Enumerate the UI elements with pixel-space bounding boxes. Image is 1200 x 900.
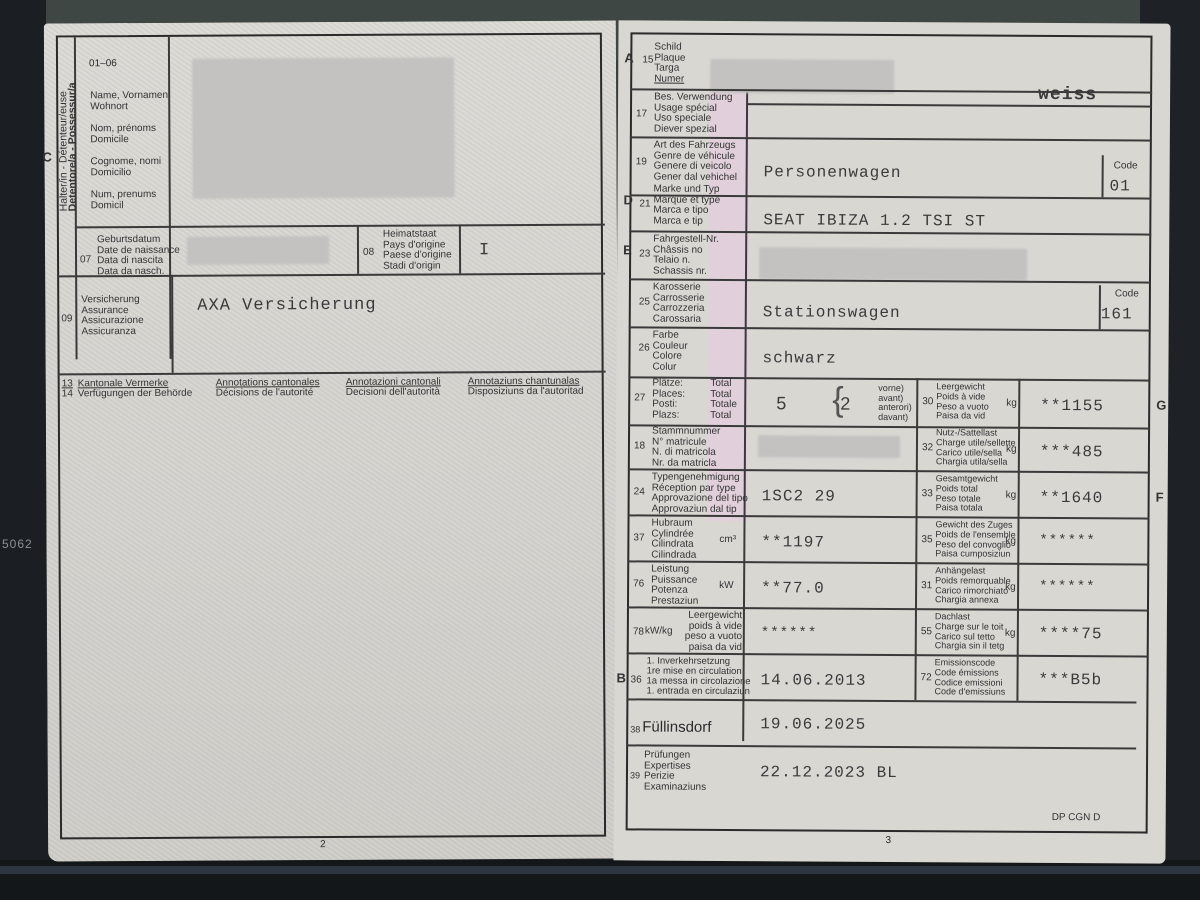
field-09-number: 09 [61, 313, 72, 324]
chassis-redacted [759, 247, 1027, 281]
field-24-labels: Typengenehmigung Réception par type Appr… [652, 473, 748, 516]
side-letter-a: A [624, 50, 633, 65]
issue-date-value: 19.06.2025 [760, 715, 866, 734]
field-26-labels: Farbe Couleur Colore Colur [652, 331, 687, 373]
towing-weight-value: ****** [1039, 579, 1096, 595]
field-27-labels: Plätze: Places: Posti: Plazs: [652, 379, 685, 421]
field-08-value: I [479, 241, 490, 260]
side-letter-d: D [623, 192, 632, 207]
displacement-value: **1197 [761, 533, 825, 551]
first-registration-value: 14.06.2013 [760, 671, 866, 690]
field-21-number: 21 [639, 198, 650, 209]
field-36-labels: 1. Inverkehrsetzung 1re mise en circulat… [646, 657, 750, 698]
holder-name-redacted [192, 57, 455, 198]
seats-front-value: 2 [840, 394, 851, 415]
field-55-labels: Dachlast Charge sur le toit Carico sul t… [935, 612, 1005, 652]
field-27-number: 27 [634, 392, 645, 403]
field-35-unit: kg [1005, 537, 1016, 548]
field-21-labels: Marke und Typ Marque et type Marca e tip… [653, 185, 720, 227]
power-weight-value: ****** [761, 625, 818, 641]
field-32-labels: Nutz-/Sattellast Charge utile/sellette C… [936, 428, 1016, 468]
field-39-number: 39 [630, 770, 640, 780]
decisions-it: Decisioni dell'autorità [346, 387, 440, 398]
power-value: **77.0 [761, 579, 825, 597]
roof-load-value: ****75 [1039, 625, 1103, 643]
field-01-06-number: 01–06 [89, 59, 117, 70]
body-type-code-label: Code [1115, 289, 1139, 300]
total-weight-value: **1640 [1040, 489, 1104, 507]
registration-right-page: A 15 Schild Plaque Targa Numer weiss 17 … [613, 20, 1170, 863]
background-bottom-edge [0, 866, 1200, 874]
field-32-number: 32 [922, 442, 933, 453]
field-27-front-labels: vorne) avant) anterori) davant) [878, 384, 912, 422]
field-55-unit: kg [1005, 629, 1016, 640]
field-18-labels: Stammnummer N° matricule N. di matricola… [652, 427, 721, 469]
field-19-number: 19 [636, 156, 647, 167]
decisions-de: Verfügungen der Behörde [78, 389, 193, 400]
field-27-sublabels: Total Total Totale Total [710, 379, 737, 421]
color-value: schwarz [762, 349, 836, 367]
field-35-number: 35 [921, 534, 932, 545]
background-left [0, 0, 46, 900]
field-01-06-labels: Name, Vornamen Wohnort Nom, prénoms Domi… [90, 91, 168, 211]
field-37-labels: Hubraum Cylindrée Cilindrata Cilindrada [651, 519, 696, 561]
field-78-labels: Leergewicht poids à vide peso a vuoto pa… [685, 611, 743, 653]
seats-total-value: 5 [776, 393, 787, 414]
page-number-right: 3 [886, 836, 892, 847]
side-letter-c: C [42, 149, 51, 164]
field-09-labels: Versicherung Assurance Assicurazione Ass… [81, 295, 143, 337]
field-07-number: 07 [80, 254, 91, 265]
field-76-number: 76 [633, 578, 644, 589]
field-08-labels: Heimatstaat Pays d'origine Paese d'origi… [383, 229, 452, 271]
field-37-unit: cm³ [719, 535, 736, 546]
field-25-number: 25 [639, 296, 650, 307]
field-35-labels: Gewicht des Zuges Poids de l'ensemble Pe… [935, 520, 1016, 560]
field-17-number: 17 [636, 108, 647, 119]
side-letter-f: F [1156, 490, 1164, 505]
field-07-labels: Geburtsdatum Date de naissance Data di n… [97, 235, 180, 277]
footer-code: DP CGN D [1052, 813, 1101, 824]
field-23-labels: Fahrgestell-Nr. Châssis no Telaio n. Sch… [653, 235, 719, 277]
field-37-number: 37 [633, 532, 644, 543]
field-18-number: 18 [634, 440, 645, 451]
field-78-prefix: kW/kg [645, 626, 673, 637]
page-number-left: 2 [320, 840, 326, 851]
field-08-number: 08 [363, 247, 374, 258]
registration-left-page: C Halter/in - Détenteur/euse Detentore/a… [44, 21, 620, 862]
insurance-value: AXA Versicherung [197, 296, 376, 316]
field-24-number: 24 [634, 486, 645, 497]
body-type-code: 161 [1101, 305, 1133, 323]
side-letter-g: G [1156, 398, 1166, 413]
field-76-labels: Leistung Puissance Potenza Prestaziun [651, 565, 699, 607]
issuing-place: Füllinsdorf [642, 718, 711, 735]
background-mark: 5062 [2, 537, 33, 551]
field-36-number: 36 [631, 674, 642, 685]
field-72-number: 72 [921, 672, 932, 683]
field-19-labels: Art des Fahrzeugs Genre de véhicule Gene… [654, 141, 738, 184]
field-33-labels: Gesamtgewicht Poids total Peso totale Pa… [936, 474, 998, 514]
decisions-fr: Décisions de l'autorité [216, 388, 314, 399]
field-14-number: 14 [62, 389, 73, 400]
body-type-value: Stationswagen [763, 303, 901, 322]
side-letter-e: E [623, 242, 632, 257]
vehicle-type-code-label: Code [1114, 161, 1138, 172]
field-55-number: 55 [921, 626, 932, 637]
field-15-labels: Schild Plaque Targa Numer [654, 43, 685, 85]
field-39-labels: Prüfungen Expertises Perizie Examinaziun… [644, 750, 707, 792]
field-31-number: 31 [921, 580, 932, 591]
field-33-number: 33 [922, 488, 933, 499]
holder-label-2: Detentore/a - Possessur/a [67, 82, 79, 211]
type-approval-value: 1SC2 29 [762, 487, 836, 505]
train-weight-value: ****** [1039, 533, 1096, 549]
field-30-labels: Leergewicht Poids à vide Peso a vuoto Pa… [936, 382, 989, 422]
vehicle-type-code: 01 [1110, 177, 1131, 195]
field-38-number: 38 [630, 724, 640, 734]
vehicle-type-value: Personenwagen [764, 163, 902, 182]
field-17-labels: Bes. Verwendung Usage spécial Uso specia… [654, 93, 733, 135]
payload-value: ***485 [1040, 443, 1104, 461]
field-33-unit: kg [1006, 491, 1017, 502]
field-78-number: 78 [633, 626, 644, 637]
emission-code-value: ***B5b [1038, 671, 1102, 689]
field-25-labels: Karosserie Carrosserie Carrozzeria Caros… [653, 283, 705, 325]
field-76-unit: kW [719, 581, 734, 592]
make-model-value: SEAT IBIZA 1.2 TSI ST [763, 211, 986, 230]
inspection-value: 22.12.2023 BL [760, 763, 898, 782]
decisions-rm: Disposiziuns da l'autoritad [468, 387, 584, 398]
birthdate-redacted [187, 236, 329, 265]
field-32-unit: kg [1006, 445, 1017, 456]
field-15-number: 15 [642, 54, 653, 65]
empty-weight-value: **1155 [1040, 397, 1104, 415]
field-23-number: 23 [639, 248, 650, 259]
field-26-number: 26 [639, 342, 650, 353]
matricule-redacted [758, 435, 900, 458]
field-30-number: 30 [922, 396, 933, 407]
plate-color-value: weiss [1038, 85, 1097, 105]
field-72-labels: Emissionscode Code émissions Codice emis… [934, 658, 1005, 698]
field-31-labels: Anhängelast Poids remorquable Carico rim… [935, 566, 1011, 606]
field-30-unit: kg [1006, 399, 1017, 410]
side-letter-b: B [617, 670, 626, 685]
field-31-unit: kg [1005, 583, 1016, 594]
